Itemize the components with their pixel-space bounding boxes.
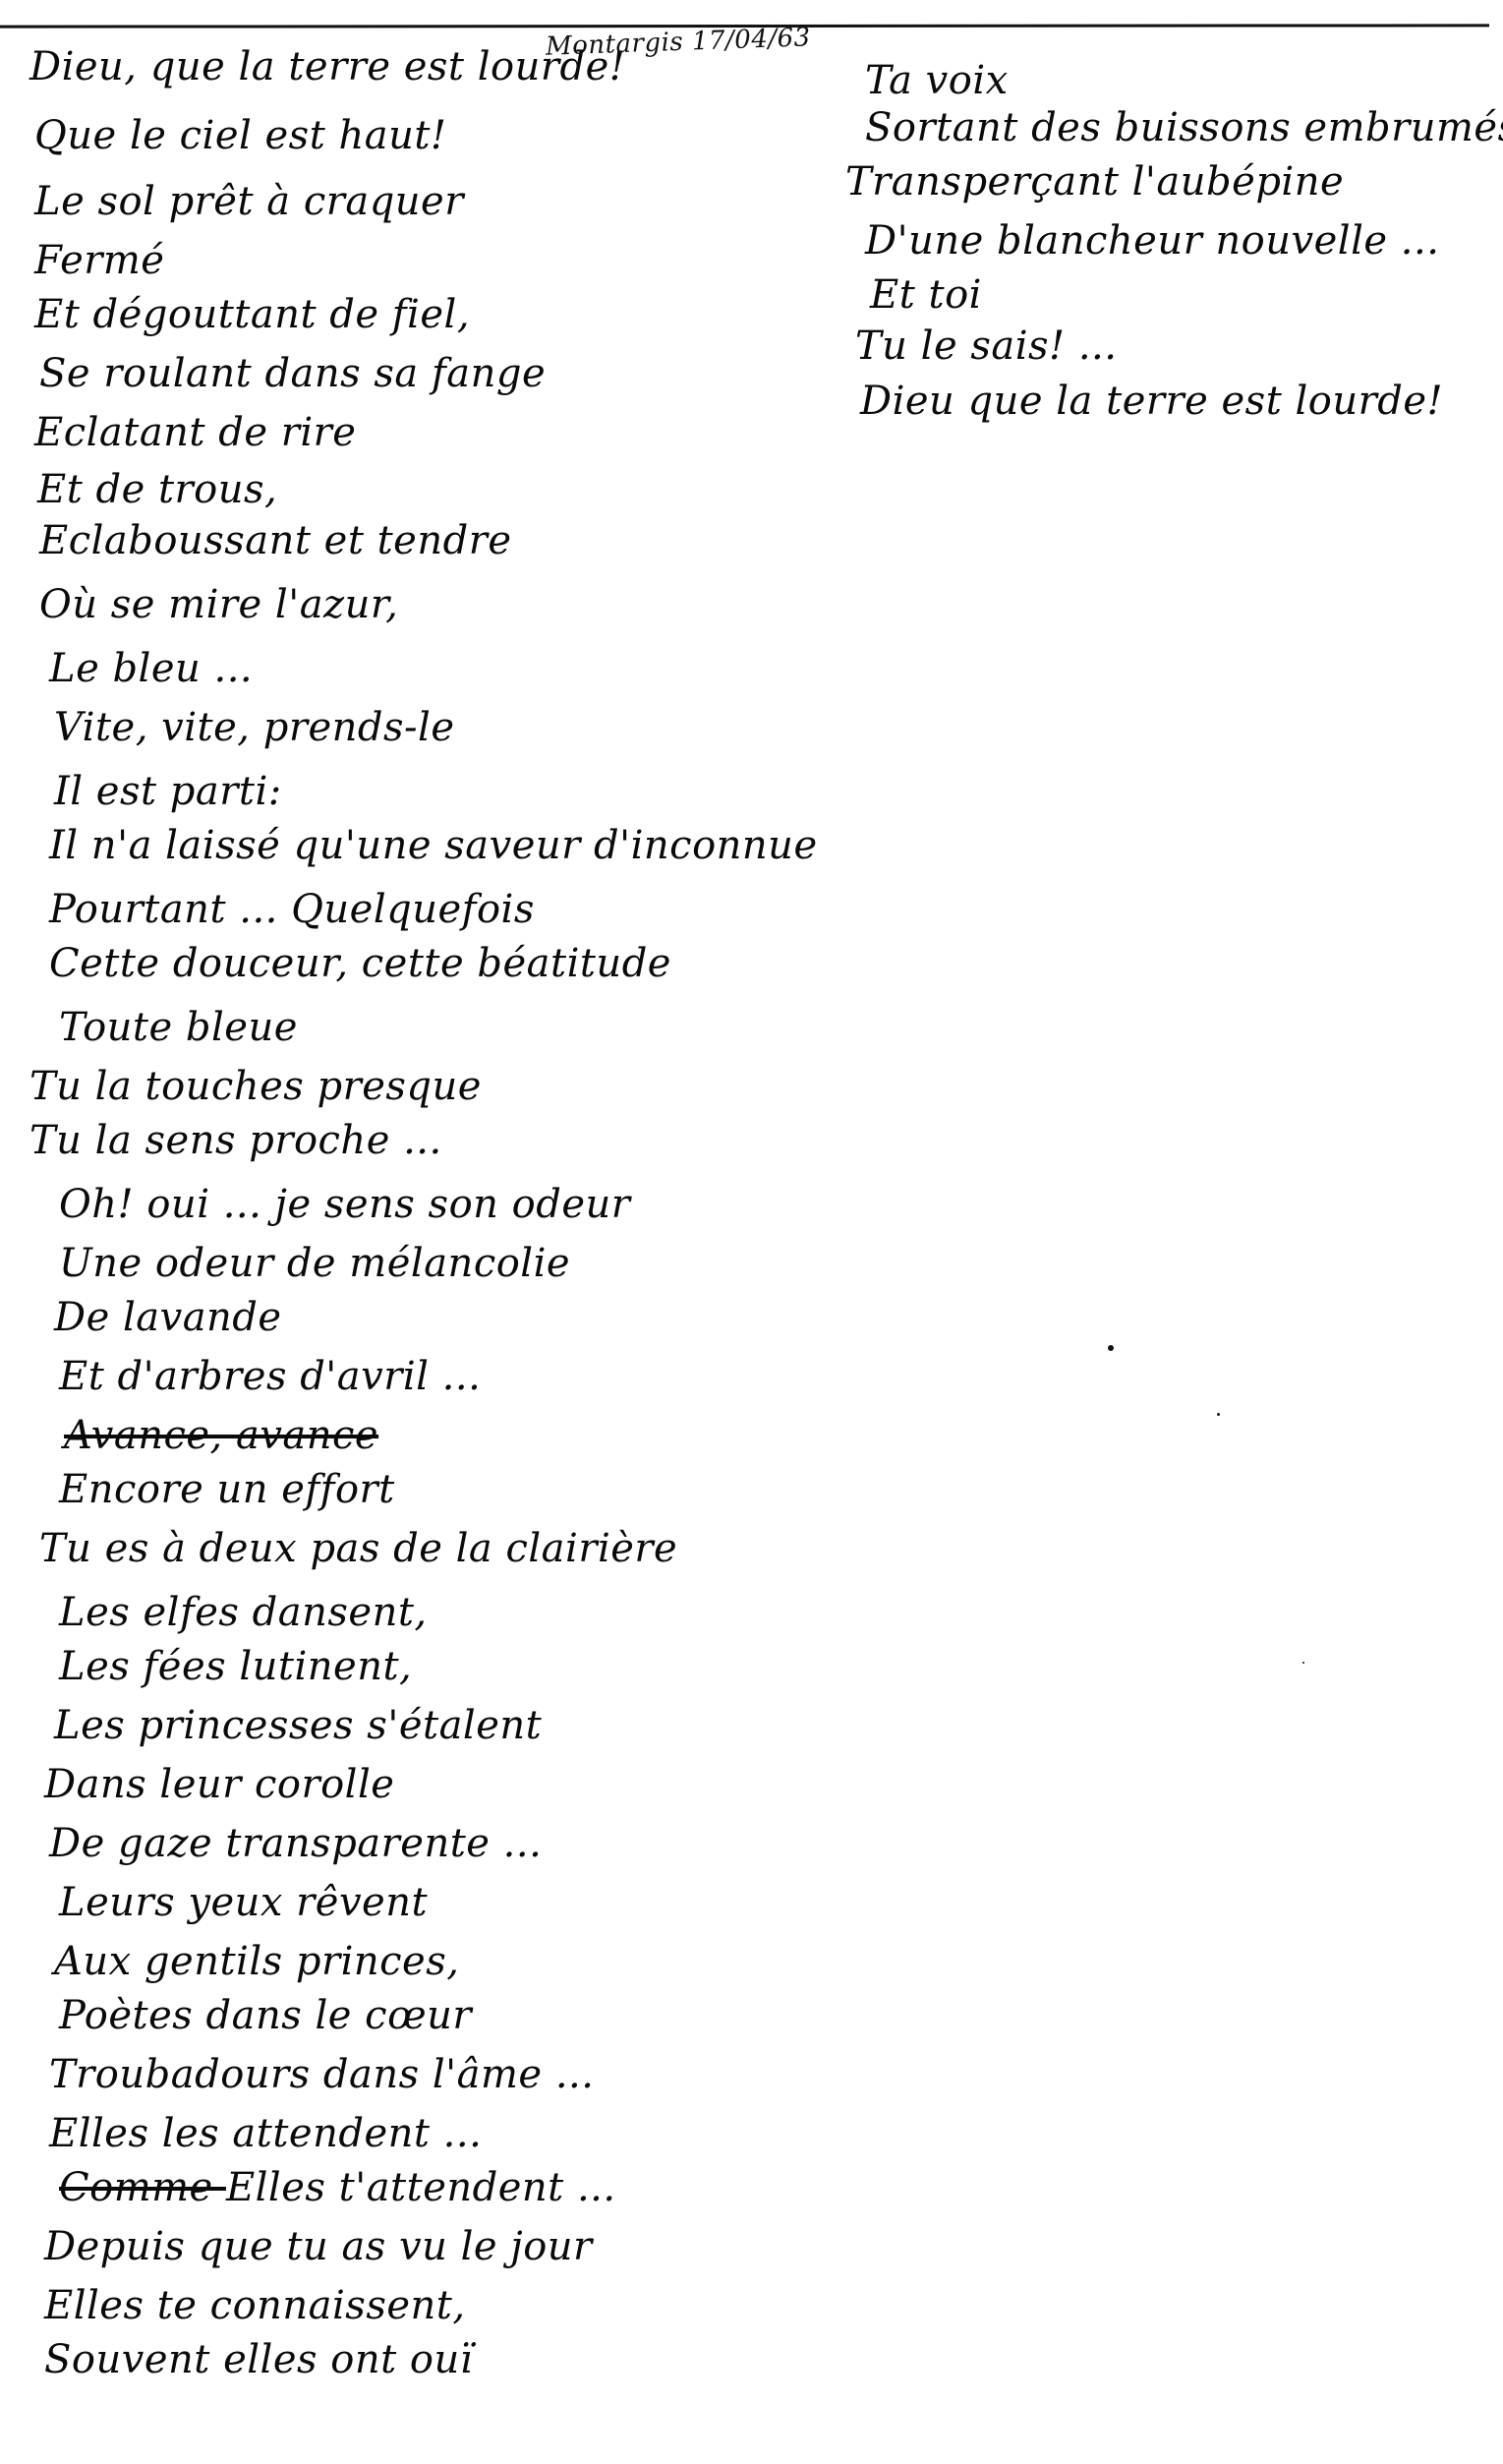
poem-line-text: Les fées lutinent,: [59, 1644, 412, 1689]
poem-line-text: Eclatant de rire: [34, 410, 356, 455]
scan-speck: [1217, 1413, 1220, 1416]
poem-line-text: Toute bleue: [59, 1005, 298, 1050]
poem-line-text: Eclaboussant et tendre: [39, 518, 512, 563]
poem-line-text: Où se mire l'azur,: [39, 582, 398, 627]
poem-line-text: Encore un effort: [59, 1467, 395, 1512]
poem-line: Les princesses s'étalent: [54, 1706, 542, 1745]
poem-line-text: Dans leur corolle: [44, 1762, 394, 1807]
poem-line: Pourtant ... Quelquefois: [49, 890, 535, 929]
poem-line: Tu le sais! ...: [855, 326, 1117, 366]
poem-line-text: Ta voix: [865, 58, 1009, 103]
poem-line: Dans leur corolle: [44, 1765, 394, 1804]
poem-line: Dieu que la terre est lourde!: [860, 381, 1443, 421]
poem-line: Il est parti:: [54, 772, 282, 811]
poem-line: Il n'a laissé qu'une saveur d'inconnue: [49, 826, 818, 865]
poem-line-text: Cette douceur, cette béatitude: [49, 941, 671, 986]
poem-line: Elles les attendent ...: [49, 2114, 482, 2153]
poem-line: Depuis que tu as vu le jour: [44, 2227, 593, 2266]
poem-line: Comme Elles t'attendent ...: [59, 2168, 616, 2207]
poem-line: Et de trous,: [37, 470, 277, 509]
poem-line-text: Le sol prêt à craquer: [34, 179, 464, 224]
poem-line: Eclatant de rire: [34, 413, 356, 452]
poem-line-text: Tu es à deux pas de la clairière: [39, 1526, 677, 1571]
poem-line: Le bleu ...: [49, 649, 253, 688]
poem-line-text: Tu la touches presque: [29, 1064, 482, 1109]
poem-line: Ta voix: [865, 61, 1009, 100]
scan-speck: [1108, 1345, 1114, 1351]
poem-line: Encore un effort: [59, 1470, 395, 1509]
poem-line-text: Depuis que tu as vu le jour: [44, 2224, 593, 2269]
struck-word: Comme: [59, 2165, 226, 2210]
poem-line: Eclaboussant et tendre: [39, 521, 512, 560]
poem-line-text: Les elfes dansent,: [59, 1590, 428, 1635]
poem-line-text: Transperçant l'aubépine: [845, 159, 1344, 205]
poem-line: Poètes dans le cœur: [59, 1996, 472, 2035]
poem-line: Oh! oui ... je sens son odeur: [59, 1185, 630, 1224]
poem-line-text: Elles les attendent ...: [49, 2111, 482, 2156]
poem-line-text: Oh! oui ... je sens son odeur: [59, 1182, 630, 1227]
poem-line-text: Avance, avance: [64, 1413, 378, 1458]
poem-line: Souvent elles ont ouï: [44, 2340, 473, 2379]
poem-line-text: Elles t'attendent ...: [226, 2165, 616, 2210]
poem-line-text: Fermé: [34, 238, 164, 283]
poem-line-text: Et d'arbres d'avril ...: [59, 1354, 481, 1399]
poem-line-text: Tu la sens proche ...: [29, 1118, 442, 1163]
poem-line: Toute bleue: [59, 1008, 298, 1047]
poem-line-text: Et de trous,: [37, 467, 277, 512]
poem-line-text: Tu le sais! ...: [855, 323, 1117, 369]
poem-line-text: Une odeur de mélancolie: [59, 1241, 570, 1286]
poem-line-text: Le bleu ...: [49, 646, 253, 691]
poem-line: Elles te connaissent,: [44, 2286, 466, 2325]
poem-line: Une odeur de mélancolie: [59, 1244, 570, 1283]
poem-line: Le sol prêt à craquer: [34, 182, 464, 221]
poem-line: Les fées lutinent,: [59, 1647, 412, 1686]
poem-line-text: Poètes dans le cœur: [59, 1993, 472, 2038]
poem-line: Dieu, que la terre est lourde!: [29, 47, 625, 87]
poem-line-text: Vite, vite, prends-le: [54, 705, 455, 750]
poem-line-text: Et dégouttant de fiel,: [34, 292, 470, 337]
poem-line: Et d'arbres d'avril ...: [59, 1357, 481, 1396]
poem-line: Aux gentils princes,: [54, 1942, 459, 1981]
poem-line: Cette douceur, cette béatitude: [49, 944, 671, 983]
scan-speck: [1302, 1662, 1304, 1664]
manuscript-page: Montargis 17/04/63 Dieu, que la terre es…: [0, 0, 1503, 2464]
poem-line: Les elfes dansent,: [59, 1593, 428, 1632]
poem-line: Et toi: [870, 275, 982, 315]
poem-line: D'une blancheur nouvelle ...: [865, 221, 1439, 261]
poem-line-text: Se roulant dans sa fange: [39, 351, 546, 396]
poem-line: Tu es à deux pas de la clairière: [39, 1529, 677, 1568]
poem-line-text: Et toi: [870, 272, 982, 318]
poem-line-text: Il est parti:: [54, 769, 282, 814]
poem-line-text: Sortant des buissons embrumés: [865, 105, 1503, 150]
poem-line-text: Troubadours dans l'âme ...: [49, 2052, 594, 2097]
poem-line: Leurs yeux rêvent: [59, 1883, 428, 1922]
poem-line: Sortant des buissons embrumés: [865, 108, 1503, 147]
poem-line-text: De gaze transparente ...: [49, 1821, 542, 1866]
poem-line: De lavande: [54, 1298, 282, 1337]
poem-line-text: D'une blancheur nouvelle ...: [865, 218, 1439, 264]
poem-line: De gaze transparente ...: [49, 1824, 542, 1863]
poem-line-text: Dieu, que la terre est lourde!: [29, 44, 625, 89]
poem-line: Fermé: [34, 241, 164, 280]
poem-line-text: Leurs yeux rêvent: [59, 1880, 428, 1925]
poem-line: Troubadours dans l'âme ...: [49, 2055, 594, 2094]
poem-line: Se roulant dans sa fange: [39, 354, 546, 393]
poem-line: Tu la touches presque: [29, 1067, 482, 1106]
poem-line-text: Il n'a laissé qu'une saveur d'inconnue: [49, 823, 818, 868]
poem-line-text: Les princesses s'étalent: [54, 1703, 542, 1748]
poem-line-text: Que le ciel est haut!: [34, 113, 447, 158]
poem-line-text: Aux gentils princes,: [54, 1939, 459, 1984]
poem-line: Où se mire l'azur,: [39, 585, 398, 624]
poem-line-text: Elles te connaissent,: [44, 2283, 466, 2328]
poem-line-text: De lavande: [54, 1295, 282, 1340]
poem-line: Que le ciel est haut!: [34, 116, 447, 155]
poem-line: Avance, avance: [64, 1416, 378, 1455]
poem-line: Vite, vite, prends-le: [54, 708, 455, 747]
poem-line: Transperçant l'aubépine: [845, 162, 1344, 202]
poem-line: Et dégouttant de fiel,: [34, 295, 470, 334]
poem-line-text: Pourtant ... Quelquefois: [49, 887, 535, 932]
poem-line: Tu la sens proche ...: [29, 1121, 442, 1160]
poem-line-text: Souvent elles ont ouï: [44, 2337, 473, 2382]
poem-line-text: Dieu que la terre est lourde!: [860, 379, 1443, 424]
